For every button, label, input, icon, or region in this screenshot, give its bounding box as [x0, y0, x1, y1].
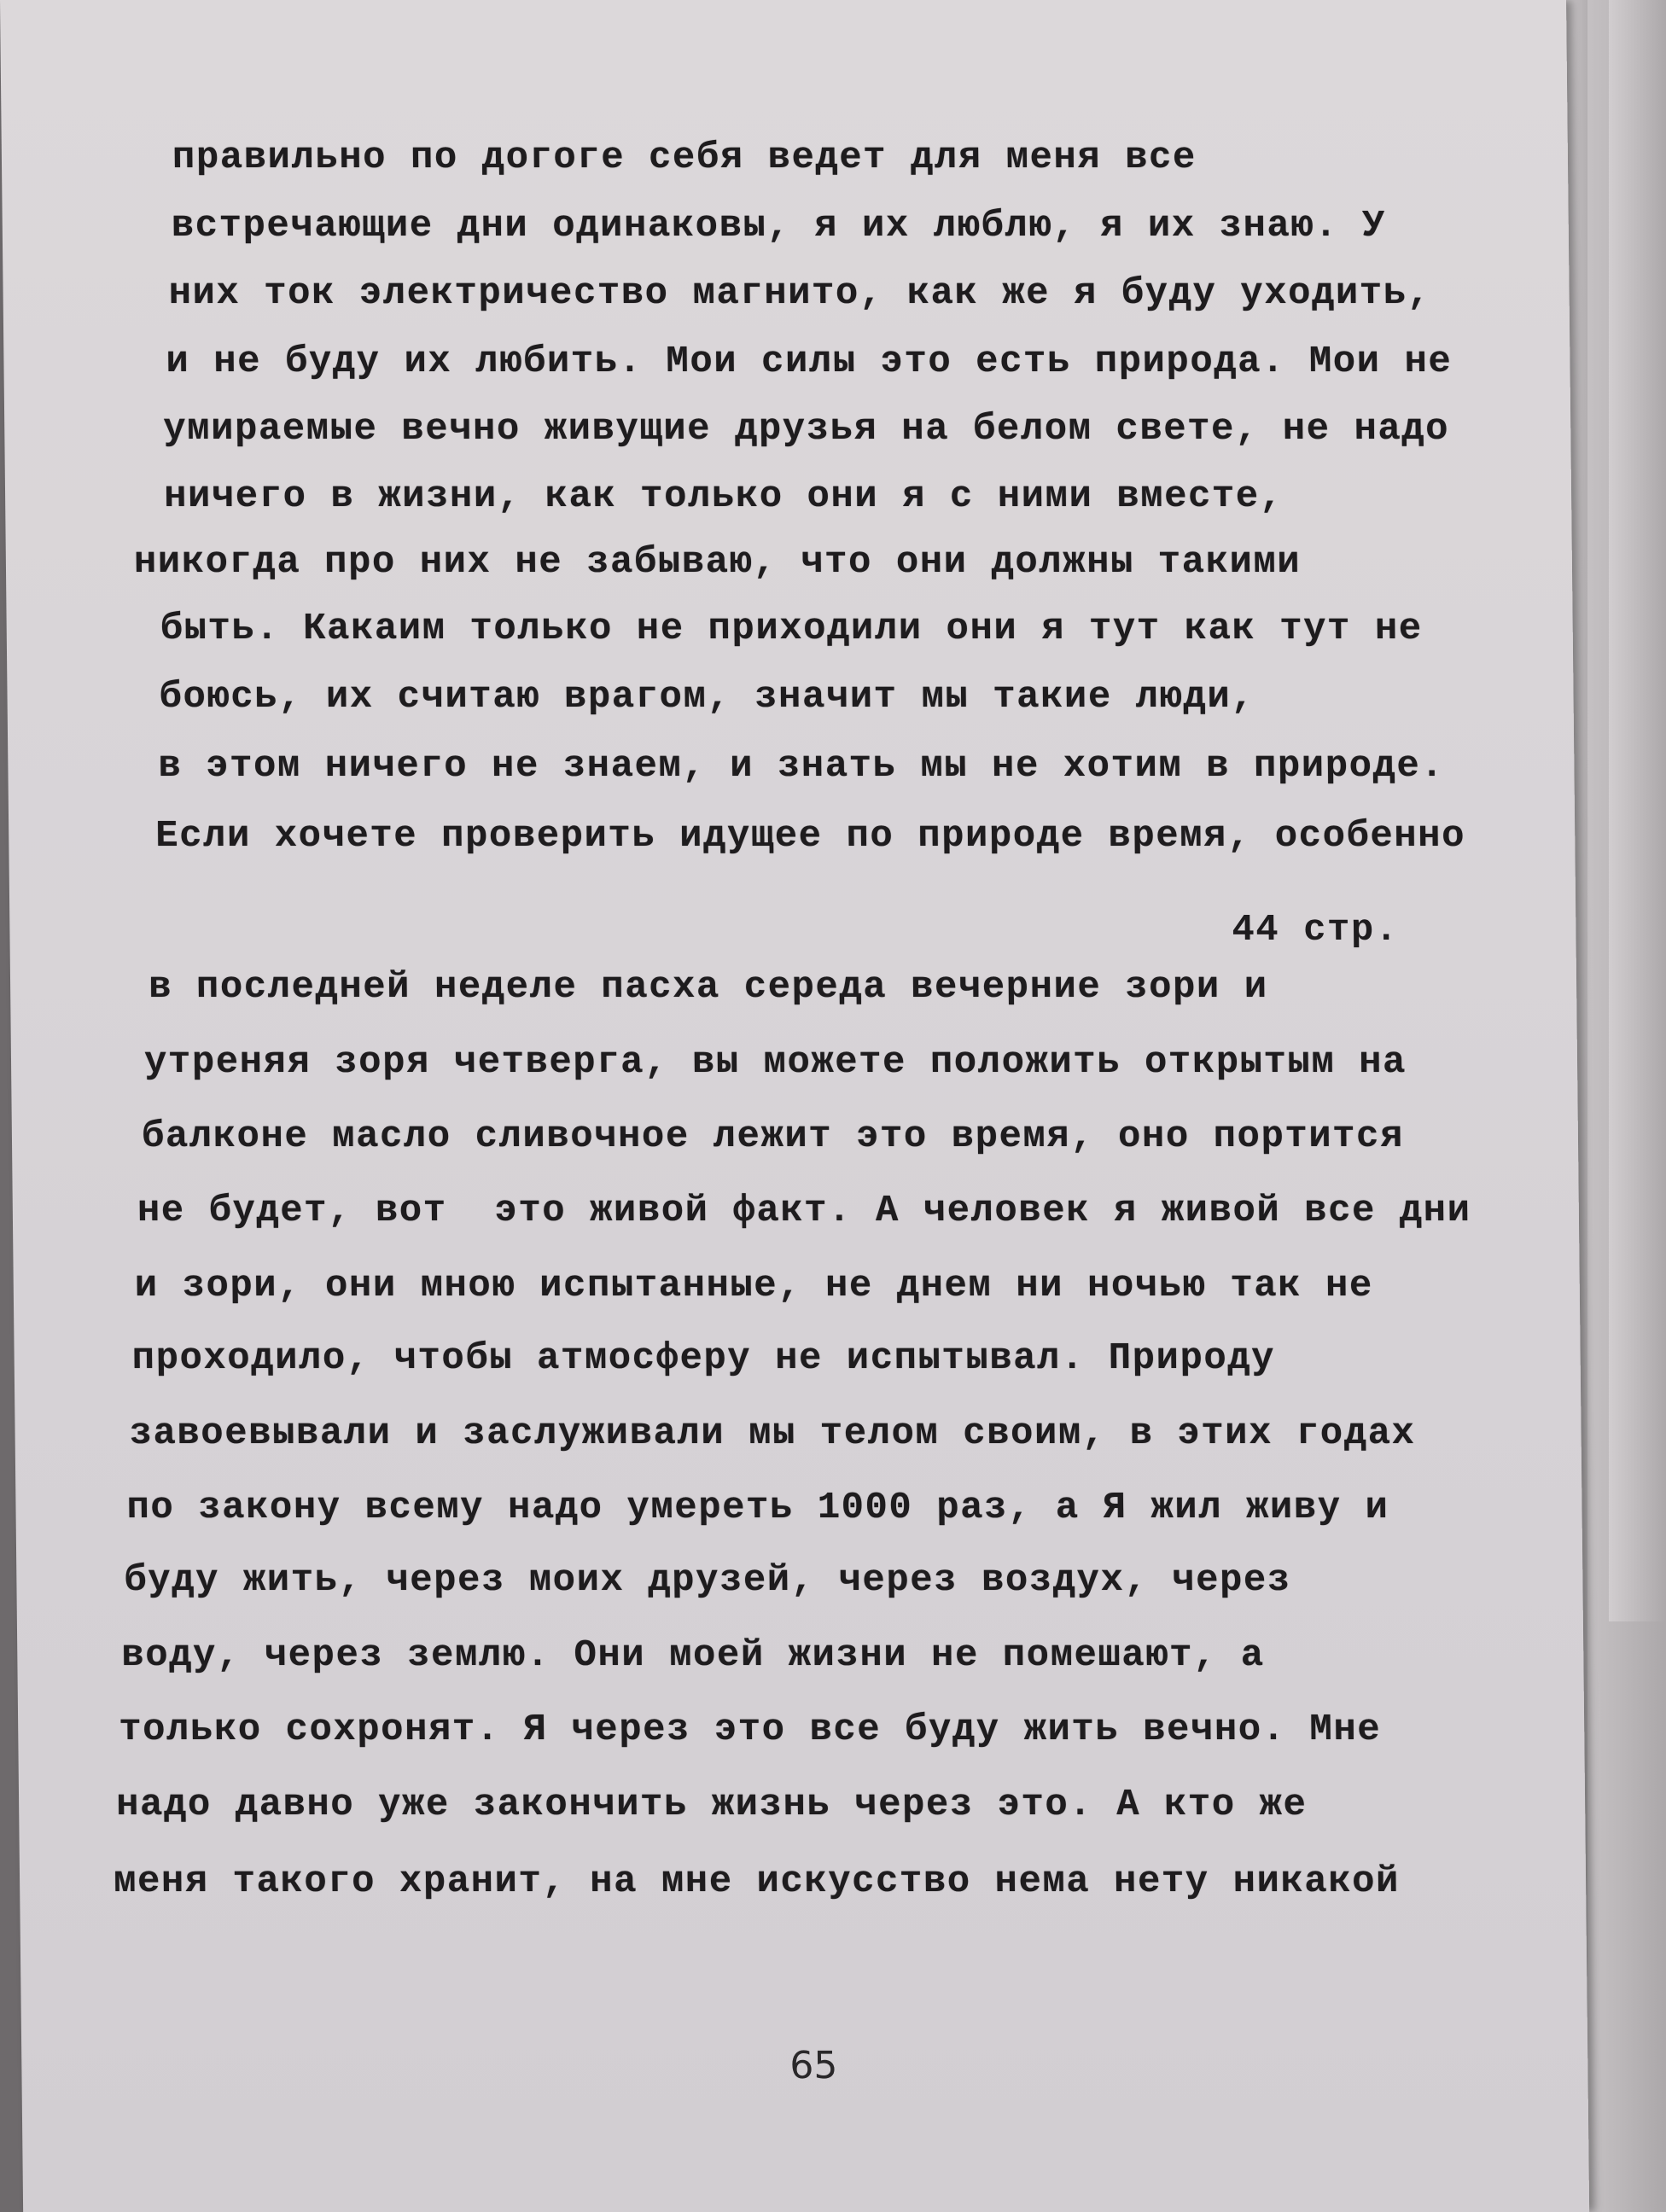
text-line: в последней неделе пасха середа вечерние…	[149, 969, 1268, 1006]
page-number: 65	[789, 2044, 838, 2087]
text-line: Если хочете проверить идущее по природе …	[155, 818, 1465, 855]
text-line: воду, через землю. Они моей жизни не пом…	[121, 1637, 1265, 1674]
text-line: завоевывали и заслуживали мы телом своим…	[129, 1415, 1415, 1452]
text-line: только сохронят. Я через это все буду жи…	[119, 1711, 1381, 1749]
text-line: правильно по догоге себя ведет для меня …	[172, 139, 1197, 177]
text-line: никогда про них не забываю, что они долж…	[134, 544, 1302, 581]
text-line: утреняя зоря четверга, вы можете положит…	[144, 1044, 1407, 1081]
typewritten-text: правильно по догоге себя ведет для меня …	[0, 0, 1589, 2212]
text-line: меня такого хранит, на мне искусство нем…	[114, 1863, 1400, 1901]
text-line: в этом ничего не знаем, и знать мы не хо…	[158, 748, 1444, 785]
text-line: по закону всему надо умереть 1000 раз, а…	[126, 1489, 1389, 1527]
text-line: умираемые вечно живущие друзья на белом …	[163, 410, 1449, 448]
text-line: буду жить, через моих друзей, через возд…	[124, 1562, 1291, 1599]
inline-page-marker: 44 стр.	[1232, 909, 1399, 952]
text-line: не будет, вот это живой факт. А человек …	[137, 1192, 1471, 1230]
text-line: и зори, они мною испытанные, не днем ни …	[135, 1267, 1373, 1305]
text-line: и не буду их любить. Мои силы это есть п…	[166, 343, 1452, 381]
text-line: ничего в жизни, как только они я с ними …	[164, 478, 1284, 515]
text-line: боюсь, их считаю врагом, значит мы такие…	[159, 678, 1255, 716]
text-line: встречающие дни одинаковы, я их люблю, я…	[172, 207, 1387, 245]
text-line: проходило, чтобы атмосферу не испытывал.…	[131, 1340, 1275, 1377]
text-line: быть. Какаим только не приходили они я т…	[160, 610, 1422, 648]
document-page: правильно по догоге себя ведет для меня …	[0, 0, 1589, 2212]
text-line: надо давно уже закончить жизнь через это…	[116, 1786, 1308, 1824]
text-line: балконе масло сливочное лежит это время,…	[142, 1118, 1404, 1155]
text-line: них ток электричество магнито, как же я …	[168, 275, 1430, 312]
